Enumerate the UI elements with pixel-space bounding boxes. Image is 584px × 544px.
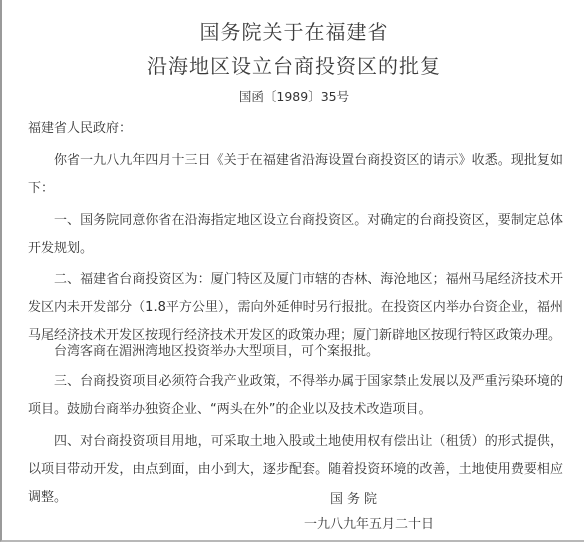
salutation: 福建省人民政府： bbox=[28, 115, 563, 143]
paragraph-item-3: 三、台商投资项目必须符合我产业政策，不得举办属于国家禁止发展以及严重污染环境的项… bbox=[28, 368, 563, 424]
paragraph-intro: 你省一九八九年四月十三日《关于在福建省沿海设置台商投资区的请示》收悉。现批复如下… bbox=[28, 147, 563, 203]
signature-date: 一九八九年五月二十日 bbox=[304, 513, 444, 532]
document-title-line-1: 国务院关于在福建省 bbox=[2, 16, 584, 45]
document-title-line-2: 沿海地区设立台商投资区的批复 bbox=[2, 50, 584, 79]
signature-organization: 国务院 bbox=[330, 488, 410, 507]
paragraph-item-4: 四、对台商投资项目用地，可采取土地入股或土地使用权有偿出让（租赁）的形式提供，以… bbox=[28, 428, 563, 512]
document-page: 国务院关于在福建省 沿海地区设立台商投资区的批复 国函〔1989〕35号 福建省… bbox=[0, 0, 584, 542]
paragraph-item-2-supplement: 台湾客商在湄洲湾地区投资举办大型项目，可个案报批。 bbox=[28, 338, 563, 366]
paragraph-item-1: 一、国务院同意你省在沿海指定地区设立台商投资区。对确定的台商投资区，要制定总体开… bbox=[28, 207, 563, 263]
document-number: 国函〔1989〕35号 bbox=[2, 87, 584, 105]
